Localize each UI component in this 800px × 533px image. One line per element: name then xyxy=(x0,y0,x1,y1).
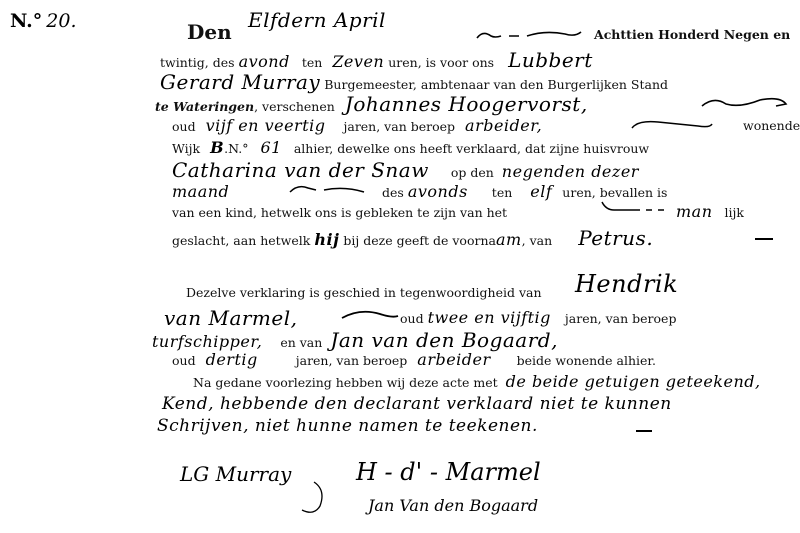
line-2: twintig, des avond ten Zeven uren, is vo… xyxy=(160,48,593,72)
signature-witness2: Jan Van den Bogaard xyxy=(368,496,538,515)
year-text: Achttien Honderd Negen en xyxy=(594,27,790,42)
line-1: Den xyxy=(187,20,232,44)
handwritten-suffix: am xyxy=(496,230,522,249)
handwritten-birth-hour: elf xyxy=(530,182,552,201)
handwritten-sex: man xyxy=(676,202,713,221)
printed-text: wonende xyxy=(743,118,800,133)
printed-text: bij deze geeft de voorna xyxy=(343,233,496,248)
line-13: turfschipper, en van Jan van den Bogaard… xyxy=(152,328,558,352)
printed-text: Burgemeester, ambtenaar van den Burgerli… xyxy=(324,77,668,92)
printed-text: , van xyxy=(522,233,553,248)
printed-text: alhier, dewelke ons heeft verklaard, dat… xyxy=(294,141,649,156)
line-7: Catharina van der Snaw op den negenden d… xyxy=(172,158,639,182)
line-8: maand xyxy=(172,182,229,202)
flourish-line-icon xyxy=(600,198,668,214)
printed-text: des xyxy=(382,185,404,200)
handwritten-date: Elfdern April xyxy=(248,8,386,32)
printed-text: Wijk xyxy=(172,141,200,156)
line-3: Gerard Murray Burgemeester, ambtenaar va… xyxy=(160,70,668,94)
handwritten-birth-date: negenden dezer xyxy=(502,162,639,181)
signature-flourish-icon xyxy=(290,480,340,520)
handwritten-mother-name: Catharina van der Snaw xyxy=(172,158,429,182)
handwritten-witness2-name: Jan van den Bogaard, xyxy=(330,328,558,352)
flourish-line-icon xyxy=(475,28,585,42)
flourish-line-icon xyxy=(288,182,368,196)
handwritten-closing-3: Schrijven, niet hunne namen te teekenen. xyxy=(157,416,538,436)
record-number: N.° 20. xyxy=(10,10,77,32)
printed-text: jaren, van beroep xyxy=(296,353,408,368)
handwritten-declarant-occupation: arbeider, xyxy=(465,116,542,135)
printed-text: jaren, van beroep xyxy=(565,311,677,326)
birth-record-page: N.° 20. Den Elfdern April Achttien Honde… xyxy=(0,0,800,533)
handwritten-witness1-occupation: turfschipper, xyxy=(152,332,262,351)
line-6: Wijk B.N.° 61 alhier, dewelke ons heeft … xyxy=(172,138,649,158)
handwritten-ward: B xyxy=(210,138,224,157)
handwritten-closing-2: Kend, hebbende den declarant verklaard n… xyxy=(162,394,672,414)
handwritten-declarant-age: vijf en veertig xyxy=(206,116,326,135)
handwritten-hour: Zeven xyxy=(332,52,384,71)
flourish-line-icon xyxy=(340,308,400,322)
handwritten-pronoun: hij xyxy=(314,230,339,249)
handwritten-declarant-name: Johannes Hoogervorst, xyxy=(345,92,588,116)
printed-text: oud xyxy=(172,119,196,134)
printed-text: beide wonende alhier. xyxy=(517,353,656,368)
line-5: oud vijf en veertig jaren, van beroep ar… xyxy=(172,116,542,136)
flourish-line-icon xyxy=(628,118,718,132)
den-dropcap: Den xyxy=(187,20,232,44)
dash-line xyxy=(755,238,773,240)
handwritten-witness2-occupation: arbeider xyxy=(417,350,490,369)
place-wateringen: te Wateringen xyxy=(155,99,254,114)
printed-text: Dezelve verklaring is geschied in tegenw… xyxy=(186,285,542,300)
line-10: geslacht, aan hetwelk hij bij deze geeft… xyxy=(172,226,653,250)
handwritten-child-name: Petrus. xyxy=(578,226,653,250)
printed-text: lijk xyxy=(725,205,744,220)
handwritten-official-name: Gerard Murray xyxy=(160,70,320,94)
flourish-line-icon xyxy=(700,94,790,110)
printed-text: , verschenen xyxy=(254,99,335,114)
signature-witness1: H - d' - Marmel xyxy=(356,458,541,486)
printed-text: oud xyxy=(400,311,424,326)
handwritten-month-word: maand xyxy=(172,182,229,201)
printed-text: uren, is voor ons xyxy=(388,55,494,70)
printed-text: .N.° xyxy=(224,141,248,156)
printed-text: Na gedane voorlezing hebben wij deze act… xyxy=(193,375,498,390)
handwritten-time-of-day: avonds xyxy=(408,182,468,201)
handwritten-witness1-firstname: Hendrik xyxy=(575,270,678,298)
record-number-label: N.° xyxy=(10,10,42,32)
handwritten-official-firstname: Lubbert xyxy=(508,48,593,72)
line-12: van Marmel, xyxy=(164,306,297,330)
printed-text: en van xyxy=(280,335,322,350)
printed-text: ten xyxy=(492,185,512,200)
printed-text: van een kind, hetwelk ons is gebleken te… xyxy=(172,205,507,220)
line-4: te Wateringen, verschenen Johannes Hooge… xyxy=(155,92,588,116)
handwritten-witness2-age: dertig xyxy=(206,350,258,369)
line-15: Na gedane voorlezing hebben wij deze act… xyxy=(193,372,761,392)
printed-text: twintig, des xyxy=(160,55,235,70)
signature-registrar: LG Murray xyxy=(180,462,291,486)
dash-line xyxy=(636,430,652,432)
printed-text: ten xyxy=(302,55,322,70)
record-number-value: 20. xyxy=(46,10,76,32)
handwritten-witness1-age: twee en vijftig xyxy=(428,308,551,327)
handwritten-time-of-day: avond xyxy=(239,52,290,71)
line-9-end: man lijk xyxy=(676,202,744,222)
handwritten-house-number: 61 xyxy=(260,138,281,157)
line-11: Dezelve verklaring is geschied in tegenw… xyxy=(186,284,542,302)
handwritten-witness1-surname: van Marmel, xyxy=(164,306,297,330)
handwritten-closing-1: de beide getuigen geteekend, xyxy=(506,372,761,391)
printed-text: oud xyxy=(172,353,196,368)
line-9: van een kind, hetwelk ons is gebleken te… xyxy=(172,204,507,222)
line-14: oud dertig jaren, van beroep arbeider be… xyxy=(172,350,656,370)
printed-text: geslacht, aan hetwelk xyxy=(172,233,310,248)
printed-text: op den xyxy=(451,165,494,180)
printed-text: jaren, van beroep xyxy=(343,119,455,134)
line-12-rest: oud twee en vijftig jaren, van beroep xyxy=(400,308,676,328)
